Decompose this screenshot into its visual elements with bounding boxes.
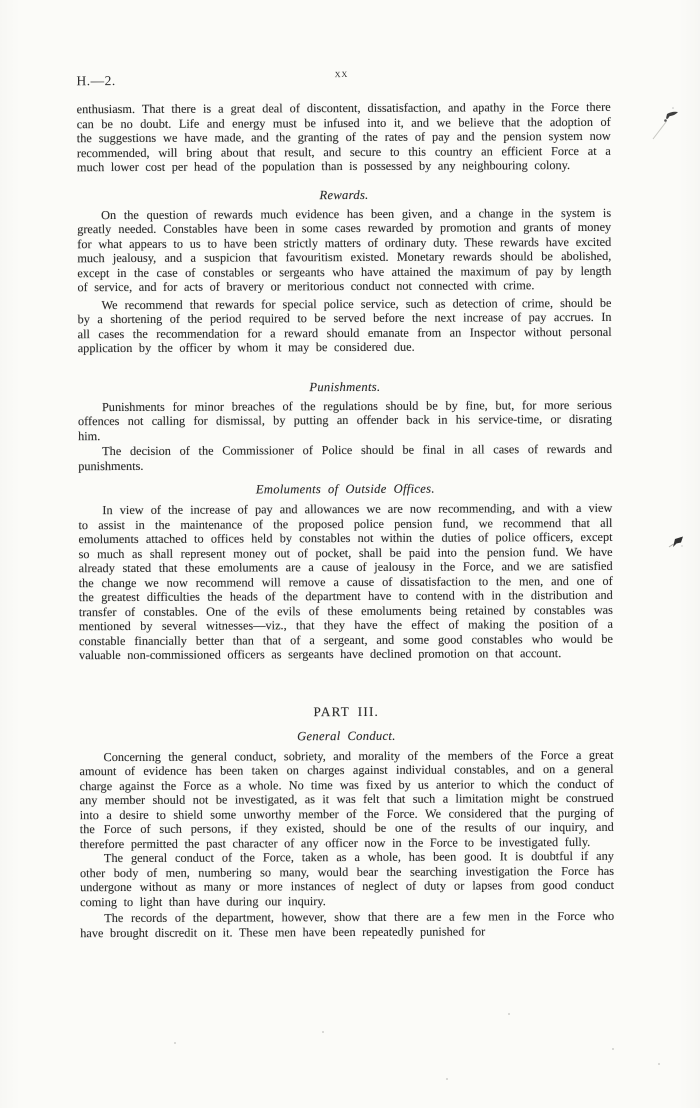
paper-speck xyxy=(322,1031,324,1033)
page-number: xx xyxy=(0,65,685,84)
paper-speck xyxy=(658,1063,660,1065)
paragraph-general-conduct-2: The general conduct of the Force, taken … xyxy=(80,849,614,909)
paragraph-emoluments-1: In view of the increase of pay and allow… xyxy=(78,501,613,663)
paper-speck xyxy=(508,1013,510,1015)
paragraph-rewards-2: We recommend that rewards for special po… xyxy=(77,295,611,355)
heading-rewards: Rewards. xyxy=(77,186,611,203)
paper-speck xyxy=(612,1048,614,1050)
page-header: H.—2. xx xyxy=(0,68,699,87)
document-body: enthusiasm. That there is a great deal o… xyxy=(77,100,615,940)
scanned-content: H.—2. xx enthusiasm. That there is a gre… xyxy=(0,68,700,940)
paragraph-intro-continuation: enthusiasm. That there is a great deal o… xyxy=(77,100,611,175)
document-page: H.—2. xx enthusiasm. That there is a gre… xyxy=(0,0,700,1108)
paragraph-general-conduct-1: Concerning the general conduct, sobriety… xyxy=(79,747,613,851)
heading-punishments: Punishments. xyxy=(78,378,612,395)
paragraph-punishments-2: The decision of the Commissioner of Poli… xyxy=(78,442,612,473)
paper-speck xyxy=(174,1042,176,1044)
heading-emoluments: Emoluments of Outside Offices. xyxy=(78,481,612,498)
paragraph-rewards-1: On the question of rewards much evidence… xyxy=(77,205,611,294)
paragraph-punishments-1: Punishments for minor breaches of the re… xyxy=(78,397,612,443)
heading-general-conduct: General Conduct. xyxy=(79,727,613,744)
paragraph-general-conduct-3: The records of the department, however, … xyxy=(80,909,614,940)
heading-part-iii: PART III. xyxy=(79,702,613,720)
paper-speck xyxy=(446,1078,448,1080)
